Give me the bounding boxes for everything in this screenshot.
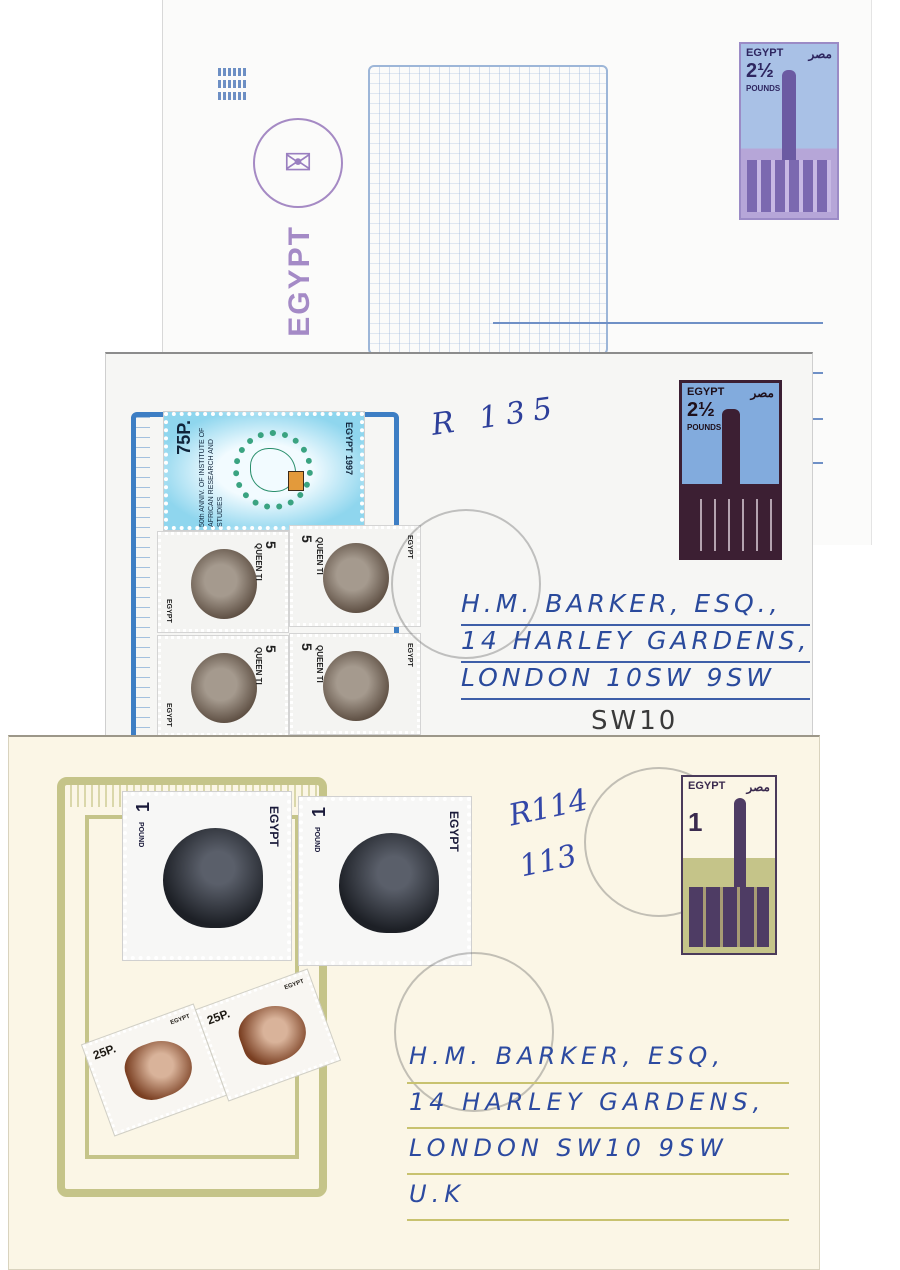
stamp-country: EGYPT bbox=[447, 811, 461, 852]
envelope-middle: 75P. 50th ANNIV. OF INSTITUTE OF AFRICAN… bbox=[105, 352, 813, 742]
stamp-value: 1 bbox=[309, 807, 330, 817]
stamp-5p-queen-ti: 5 QUEEN TI EGYPT bbox=[158, 532, 288, 632]
mosque-icon bbox=[747, 160, 831, 212]
minaret-icon bbox=[722, 409, 740, 505]
imprinted-stamp-top: EGYPT مصر 2½ POUNDS bbox=[739, 42, 839, 220]
envelope-bottom: 1 POUND EGYPT 1 POUND EGYPT 25P. EGYPT 2… bbox=[8, 735, 820, 1270]
mosque-icon bbox=[688, 499, 773, 551]
queen-ti-head-icon bbox=[323, 651, 389, 721]
imprinted-stamp-bottom: EGYPT مصر 1 bbox=[681, 775, 777, 955]
stamp-country: EGYPT bbox=[688, 780, 725, 792]
stamp-5p-queen-ti: 5 QUEEN TI EGYPT bbox=[158, 636, 288, 736]
registration-note: R114 113 bbox=[504, 775, 604, 893]
address-line: U.K bbox=[409, 1180, 765, 1226]
queen-ti-head-icon bbox=[191, 653, 257, 723]
address-line: H.M. BARKER, ESQ., bbox=[461, 589, 810, 626]
stamp-country-arabic: مصر bbox=[751, 386, 774, 400]
barcode-icon bbox=[218, 68, 248, 108]
stamp-country: EGYPT bbox=[746, 47, 783, 59]
stamp-country: EGYPT bbox=[267, 806, 281, 847]
minaret-icon bbox=[782, 70, 796, 166]
stamp-5p-queen-ti: 5 QUEEN TI EGYPT bbox=[290, 634, 420, 734]
stamp-unit: POUNDS bbox=[746, 84, 780, 93]
stamp-country: EGYPT bbox=[170, 1014, 191, 1027]
queen-ti-head-icon bbox=[323, 543, 389, 613]
stamp-unit: POUND bbox=[313, 827, 320, 852]
address-line: 14 HARLEY GARDENS, bbox=[461, 626, 810, 663]
stamp-value: 1 bbox=[133, 802, 154, 812]
printed-frame bbox=[368, 65, 608, 355]
carved-head-icon bbox=[232, 997, 313, 1072]
stamp-1-pound: 1 POUND EGYPT bbox=[299, 797, 471, 965]
handwritten-address: H.M. BARKER, ESQ, 14 HARLEY GARDENS, LON… bbox=[409, 1042, 765, 1226]
stamp-country-arabic: مصر bbox=[747, 780, 770, 794]
queen-ti-head-icon bbox=[191, 549, 257, 619]
imprinted-stamp-middle: EGYPT مصر 2½ POUNDS bbox=[679, 380, 782, 560]
postal-authority-logo-icon: ✉ bbox=[253, 118, 343, 208]
stamp-country: EGYPT bbox=[687, 386, 724, 398]
stamp-value: 75P. bbox=[174, 420, 195, 455]
registration-note: R 135 bbox=[429, 390, 562, 443]
stamp-country: EGYPT 1997 bbox=[344, 422, 354, 475]
printed-egypt-text: EGYPT bbox=[283, 225, 317, 337]
stamp-value: 2½ bbox=[746, 60, 774, 83]
stone-head-icon bbox=[163, 828, 263, 928]
postcode-correction: SW10 bbox=[591, 706, 678, 736]
stamp-caption: 50th ANNIV. OF INSTITUTE OF AFRICAN RESE… bbox=[198, 422, 225, 527]
stamp-country: EGYPT bbox=[284, 979, 305, 992]
address-line bbox=[493, 322, 823, 324]
stamp-value: 2½ bbox=[687, 399, 715, 422]
address-line: LONDON SW10 9SW bbox=[409, 1134, 765, 1180]
address-line: 14 HARLEY GARDENS, bbox=[409, 1088, 765, 1134]
stone-head-icon bbox=[339, 833, 439, 933]
stamp-country-arabic: مصر bbox=[809, 47, 832, 61]
carved-head-icon bbox=[118, 1032, 199, 1107]
stamp-1-pound: 1 POUND EGYPT bbox=[123, 792, 291, 960]
stamp-75p-african-research: 75P. 50th ANNIV. OF INSTITUTE OF AFRICAN… bbox=[164, 412, 364, 530]
stamp-value: 1 bbox=[688, 807, 702, 838]
stamp-unit: POUND bbox=[137, 822, 144, 847]
mosque-icon bbox=[689, 887, 769, 947]
stamp-unit: POUNDS bbox=[687, 423, 721, 432]
stamp-value: 25P. bbox=[91, 1041, 118, 1062]
stamp-value: 25P. bbox=[205, 1006, 232, 1027]
address-line: LONDON 10SW 9SW bbox=[461, 663, 810, 700]
handwritten-address: H.M. BARKER, ESQ., 14 HARLEY GARDENS, LO… bbox=[461, 589, 810, 700]
minaret-icon bbox=[734, 798, 746, 900]
address-line: H.M. BARKER, ESQ, bbox=[409, 1042, 765, 1088]
emblem-icon bbox=[288, 471, 304, 491]
